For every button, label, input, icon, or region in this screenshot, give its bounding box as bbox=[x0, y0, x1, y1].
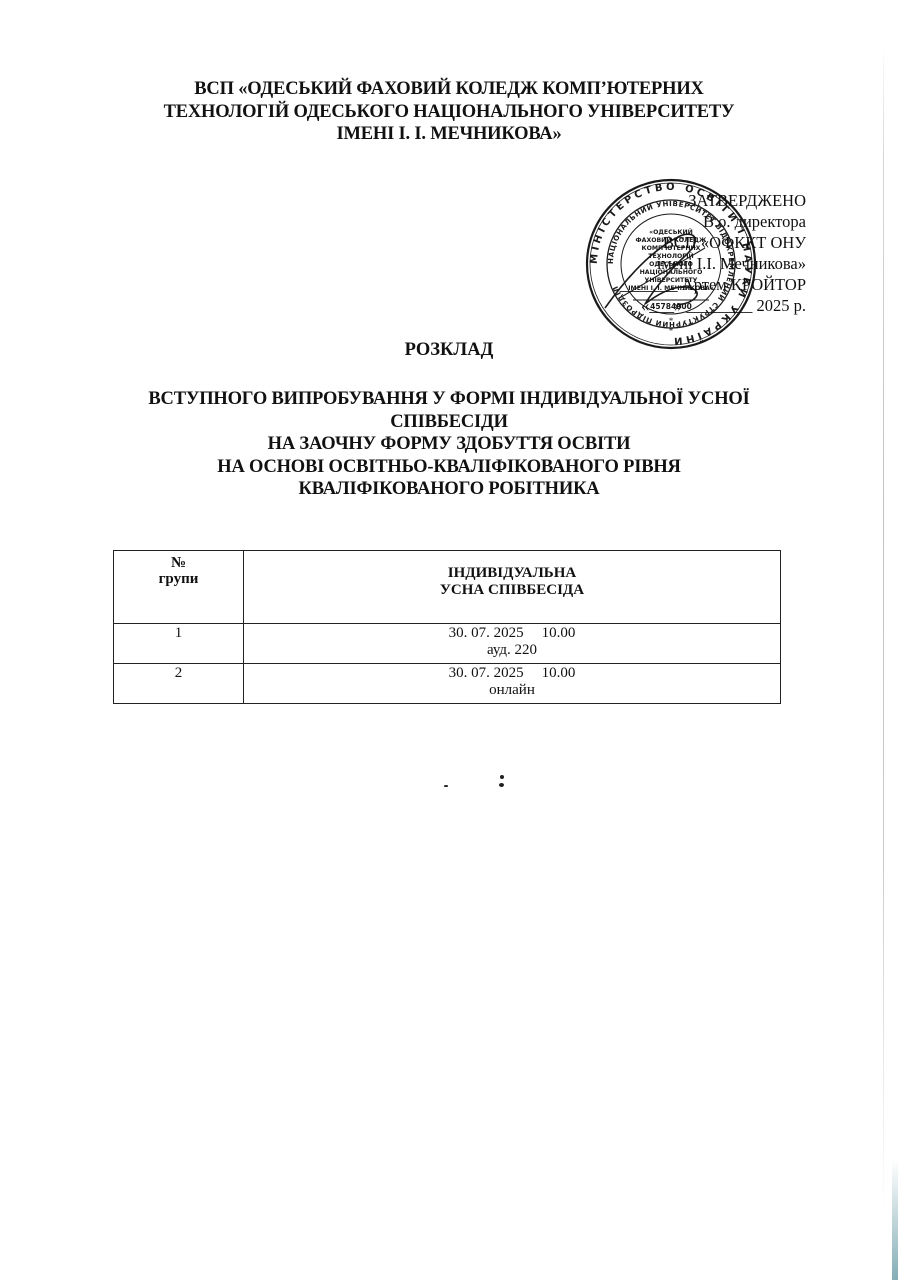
approval-block: ЗАТВЕРДЖЕНО В.о. директора ВСП «ОФККТ ОН… bbox=[620, 190, 806, 316]
header-group-label: групи bbox=[114, 571, 243, 587]
schedule-table: № групи ІНДИВІДУАЛЬНА УСНА СПІВБЕСІДА 1 … bbox=[113, 550, 781, 704]
subtitle-line: ВСТУПНОГО ВИПРОБУВАННЯ У ФОРМІ ІНДИВІДУА… bbox=[0, 388, 898, 411]
scan-edge-strip bbox=[892, 1160, 898, 1280]
group-number-cell: 2 bbox=[114, 664, 244, 704]
date-time: 30. 07. 202510.00 bbox=[244, 665, 780, 682]
exam-time: 10.00 bbox=[542, 665, 576, 682]
scan-speck bbox=[499, 783, 504, 787]
header-interview-line: ІНДИВІДУАЛЬНА bbox=[244, 565, 780, 582]
table-header-row: № групи ІНДИВІДУАЛЬНА УСНА СПІВБЕСІДА bbox=[114, 551, 781, 624]
exam-location: ауд. 220 bbox=[244, 642, 780, 659]
document-title: РОЗКЛАД bbox=[0, 340, 898, 361]
subtitle-line: НА ЗАОЧНУ ФОРМУ ЗДОБУТТЯ ОСВІТИ bbox=[0, 433, 898, 456]
svg-text:*: * bbox=[669, 326, 674, 336]
table-row: 1 30. 07. 202510.00 ауд. 220 bbox=[114, 624, 781, 664]
header-interview: ІНДИВІДУАЛЬНА УСНА СПІВБЕСІДА bbox=[244, 551, 781, 624]
exam-location: онлайн bbox=[244, 682, 780, 699]
svg-text:*: * bbox=[669, 316, 674, 326]
approval-date: «___» ________ 2025 р. bbox=[620, 295, 806, 316]
exam-date: 30. 07. 2025 bbox=[449, 625, 524, 642]
institution-line: ТЕХНОЛОГІЙ ОДЕСЬКОГО НАЦІОНАЛЬНОГО УНІВЕ… bbox=[0, 101, 898, 124]
institution-header: ВСП «ОДЕСЬКИЙ ФАХОВИЙ КОЛЕДЖ КОМП’ЮТЕРНИ… bbox=[0, 78, 898, 146]
group-number-cell: 1 bbox=[114, 624, 244, 664]
subtitle-line: КВАЛІФІКОВАНОГО РОБІТНИКА bbox=[0, 478, 898, 501]
approval-signatory: _______ Артем КРОЙТОР bbox=[620, 274, 806, 295]
scan-speck bbox=[500, 775, 504, 779]
approval-organization-name: імені І.І. Мечникова» bbox=[620, 253, 806, 274]
institution-line: ІМЕНІ І. І. МЕЧНИКОВА» bbox=[0, 123, 898, 146]
table-row: 2 30. 07. 202510.00 онлайн bbox=[114, 664, 781, 704]
subtitle-line: СПІВБЕСІДИ bbox=[0, 411, 898, 434]
scan-speck bbox=[444, 785, 448, 787]
header-interview-line: УСНА СПІВБЕСІДА bbox=[244, 582, 780, 599]
exam-time: 10.00 bbox=[542, 625, 576, 642]
document-subtitle: ВСТУПНОГО ВИПРОБУВАННЯ У ФОРМІ ІНДИВІДУА… bbox=[0, 388, 898, 501]
subtitle-line: НА ОСНОВІ ОСВІТНЬО-КВАЛІФІКОВАНОГО РІВНЯ bbox=[0, 456, 898, 479]
scan-edge-line bbox=[883, 40, 884, 1220]
schedule-cell: 30. 07. 202510.00 онлайн bbox=[244, 664, 781, 704]
institution-line: ВСП «ОДЕСЬКИЙ ФАХОВИЙ КОЛЕДЖ КОМП’ЮТЕРНИ… bbox=[0, 78, 898, 101]
approval-organization: ВСП «ОФККТ ОНУ bbox=[620, 232, 806, 253]
date-time: 30. 07. 202510.00 bbox=[244, 625, 780, 642]
approval-heading: ЗАТВЕРДЖЕНО bbox=[620, 190, 806, 211]
approval-position: В.о. директора bbox=[620, 211, 806, 232]
header-group-number: № групи bbox=[114, 551, 244, 624]
header-number-sign: № bbox=[114, 555, 243, 571]
schedule-cell: 30. 07. 202510.00 ауд. 220 bbox=[244, 624, 781, 664]
exam-date: 30. 07. 2025 bbox=[449, 665, 524, 682]
